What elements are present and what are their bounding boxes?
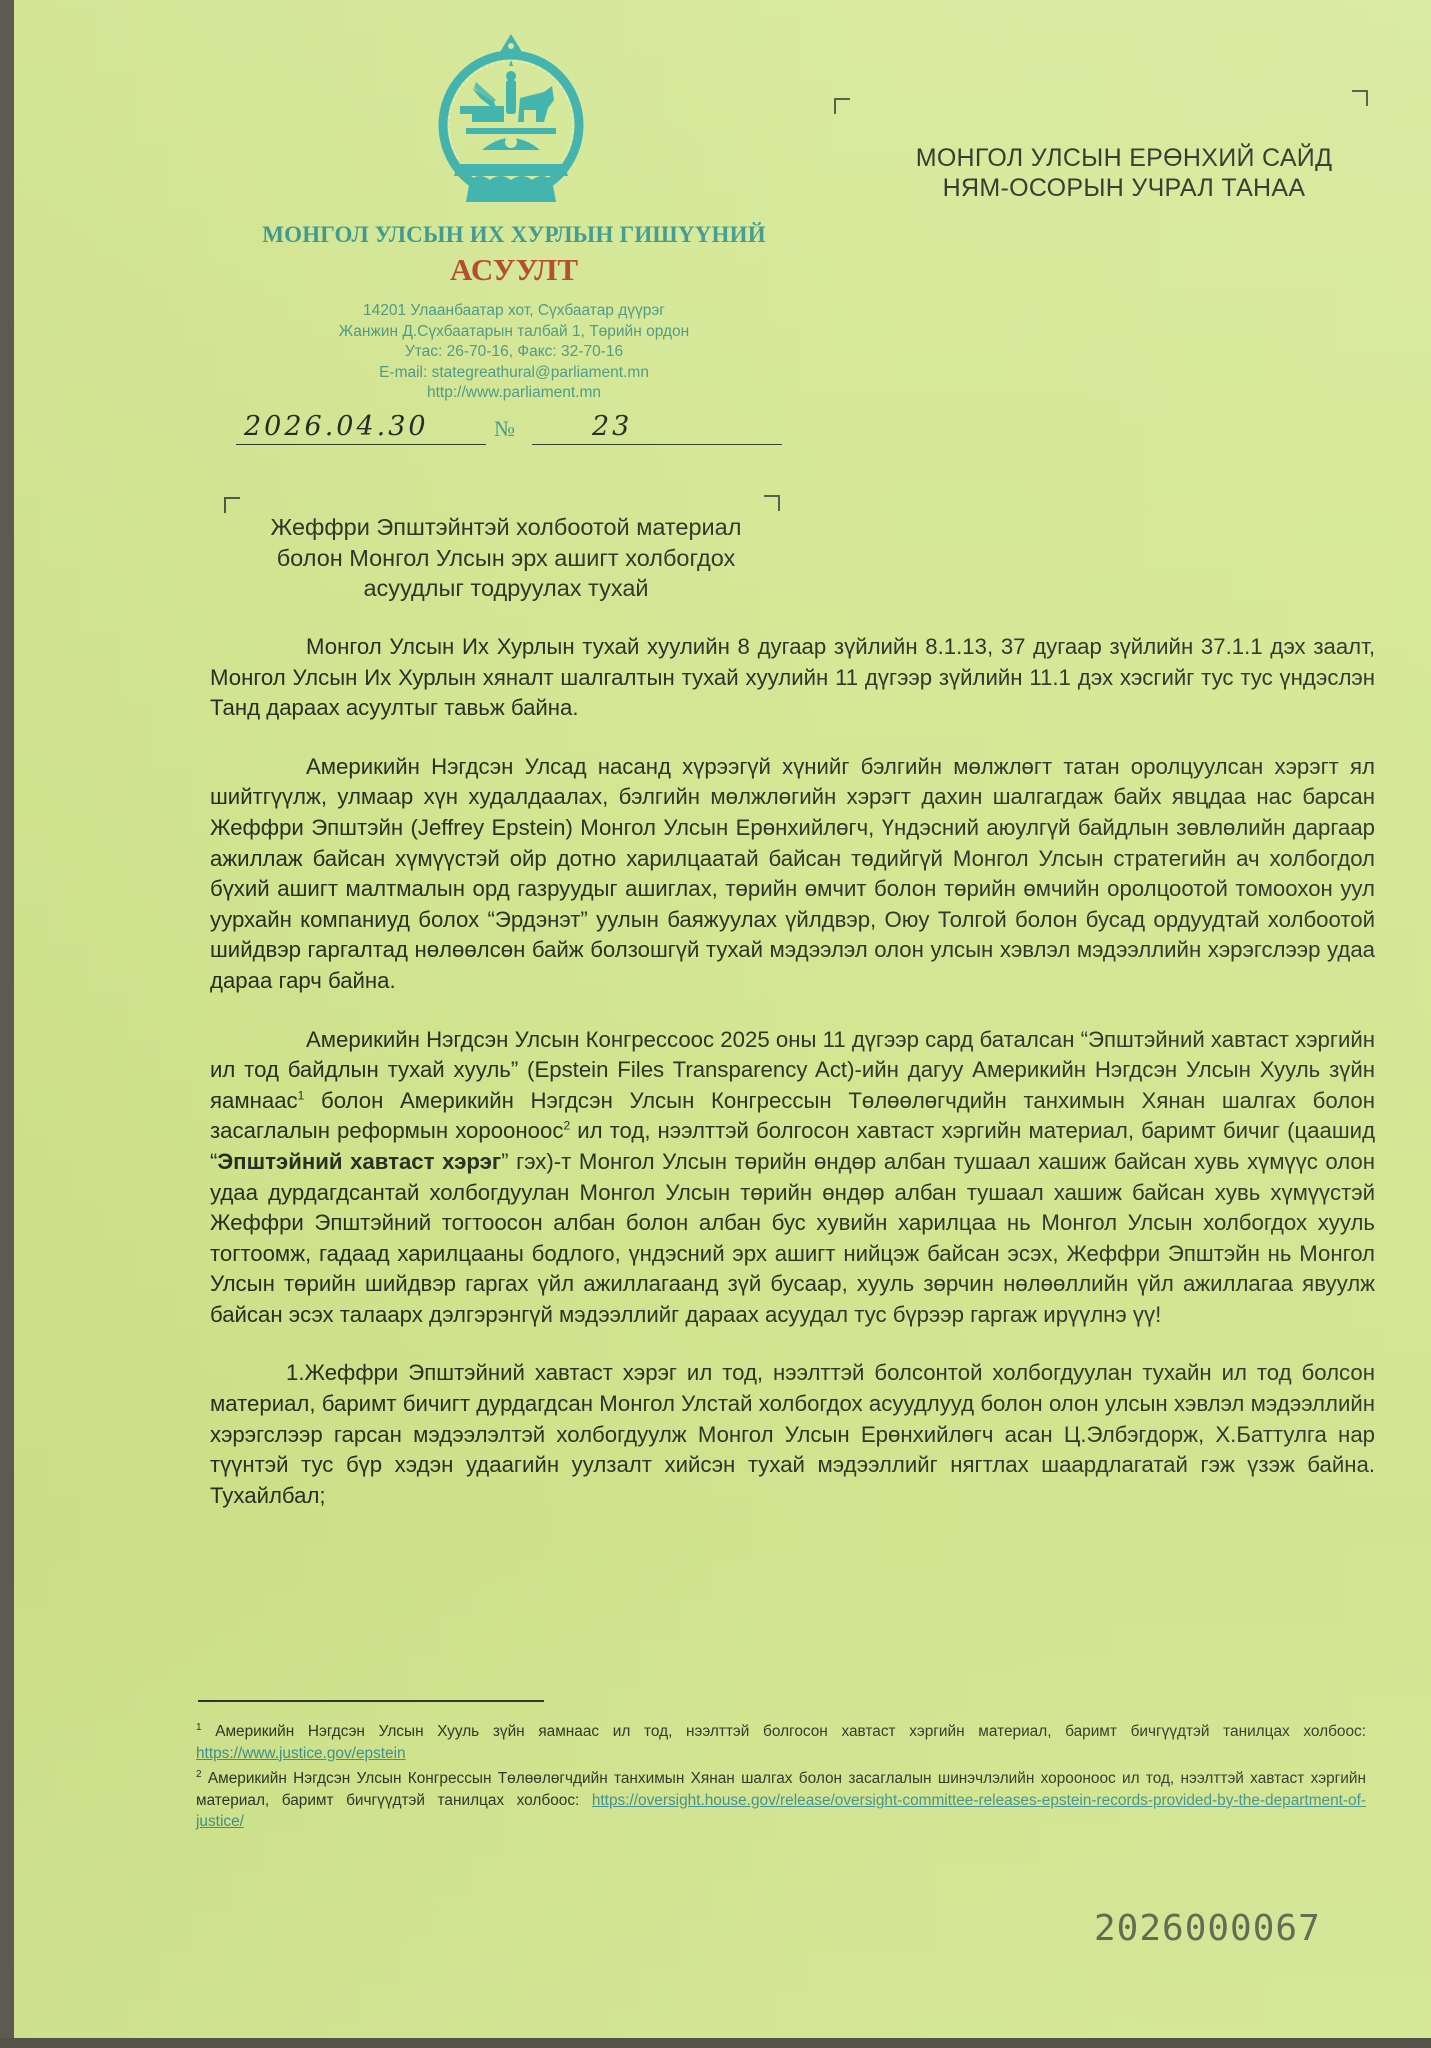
serial-number-stamp: 2026000067 xyxy=(1094,1908,1321,1949)
desk-surface xyxy=(0,2038,1431,2048)
document-page: МОНГОЛ УЛСЫН ИХ ХУРЛЫН ГИШҮҮНИЙ АСУУЛТ 1… xyxy=(14,0,1431,2038)
question-1: 1.Жеффри Эпштэйний хавтаст хэрэг ил тод,… xyxy=(210,1358,1375,1511)
footnote-separator xyxy=(198,1700,544,1702)
footnote-link[interactable]: https://www.justice.gov/epstein xyxy=(196,1745,406,1762)
document-type: АСУУЛТ xyxy=(214,252,814,288)
recipient-title: МОНГОЛ УЛСЫН ЕРӨНХИЙ САЙД xyxy=(874,143,1374,173)
number-field: 23 xyxy=(532,410,782,445)
paragraph-legal-basis: Монгол Улсын Их Хурлын тухай хуулийн 8 д… xyxy=(210,632,1375,724)
footnote-2: 2 Америкийн Нэгдсэн Улсын Конгрессын Төл… xyxy=(196,1764,1366,1833)
footnotes: 1 Америкийн Нэгдсэн Улсын Хууль зүйн яам… xyxy=(196,1717,1366,1833)
letter-body: Монгол Улсын Их Хурлын тухай хуулийн 8 д… xyxy=(210,632,1375,1539)
email: E-mail: stategreathural@parliament.mn xyxy=(214,363,814,384)
state-emblem-icon xyxy=(432,30,590,206)
website: http://www.parliament.mn xyxy=(214,383,814,404)
subject-corner-mark xyxy=(764,495,780,511)
defined-term: Эпштэйний хавтаст хэрэг xyxy=(217,1149,501,1174)
phone-fax: Утас: 26-70-16, Факс: 32-70-16 xyxy=(214,342,814,363)
address-corner-mark xyxy=(1352,90,1368,106)
subject-heading: Жеффри Эпштэйнтэй холбоотой материал бол… xyxy=(236,512,776,604)
handwritten-date: 2026.04.30 xyxy=(244,411,429,442)
address-corner-mark xyxy=(834,98,850,114)
paragraph-background: Америкийн Нэгдсэн Улсад насанд хүрээгүй … xyxy=(210,752,1375,997)
subject-line: асуудлыг тодруулах тухай xyxy=(236,573,776,604)
subject-line: Жеффри Эпштэйнтэй холбоотой материал xyxy=(236,512,776,543)
recipient-block: МОНГОЛ УЛСЫН ЕРӨНХИЙ САЙД НЯМ-ОСОРЫН УЧР… xyxy=(874,143,1374,203)
handwritten-number: 23 xyxy=(592,411,632,442)
number-label: № xyxy=(494,416,515,442)
address-line: Жанжин Д.Сүхбаатарын талбай 1, Төрийн ор… xyxy=(214,322,814,343)
date-field: 2026.04.30 xyxy=(236,410,486,445)
letterhead-address: 14201 Улаанбаатар хот, Сүхбаатар дүүрэг … xyxy=(214,301,814,404)
org-title: МОНГОЛ УЛСЫН ИХ ХУРЛЫН ГИШҮҮНИЙ xyxy=(214,222,814,248)
subject-corner-mark xyxy=(224,497,240,513)
recipient-name: НЯМ-ОСОРЫН УЧРАЛ ТАНАА xyxy=(874,173,1374,203)
address-line: 14201 Улаанбаатар хот, Сүхбаатар дүүрэг xyxy=(214,301,814,322)
footnote-1: 1 Америкийн Нэгдсэн Улсын Хууль зүйн яам… xyxy=(196,1717,1366,1764)
subject-line: болон Монгол Улсын эрх ашигт холбогдох xyxy=(236,543,776,574)
paragraph-request: Америкийн Нэгдсэн Улсын Конгрессоос 2025… xyxy=(210,1025,1375,1331)
